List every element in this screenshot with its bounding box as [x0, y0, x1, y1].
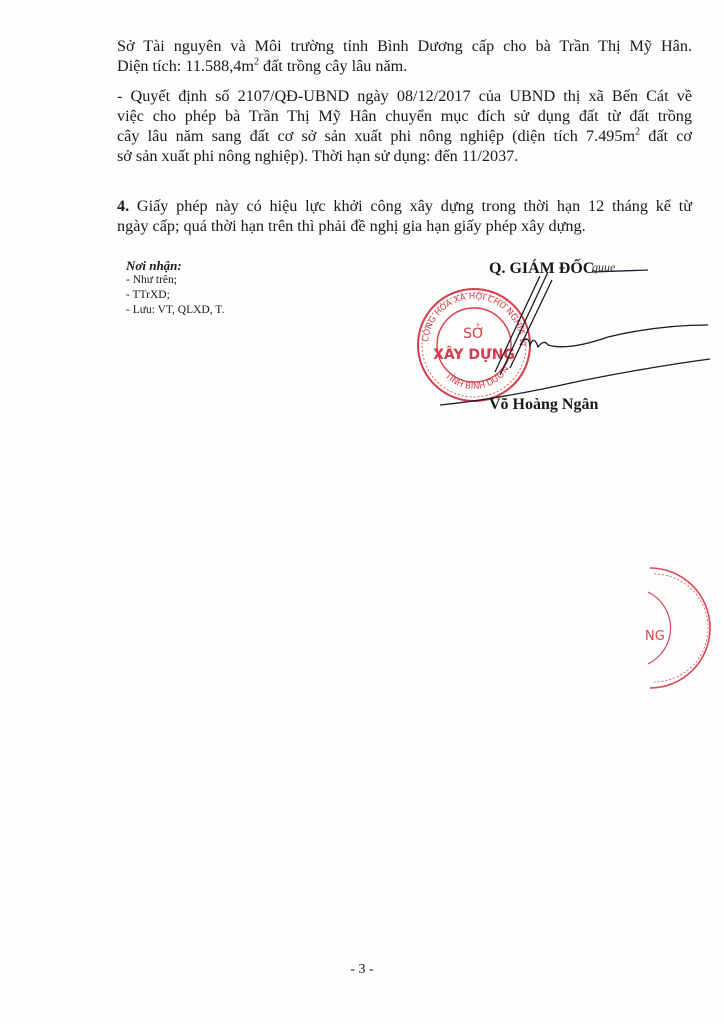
- document-page: Sở Tài nguyên và Môi trường tỉnh Bình Dư…: [0, 0, 724, 1024]
- stamp-and-signature-graphics: CỘNG HÒA XÃ HỘI CHỦ NGHĨA VIỆT NAM TỈNH …: [0, 0, 724, 1024]
- signature-scribble: quue: [592, 260, 615, 275]
- page-number: - 3 -: [0, 962, 724, 978]
- signer-name: Võ Hoàng Ngân: [489, 396, 598, 414]
- stamp-center-top: SỞ: [463, 323, 485, 342]
- partial-edge-stamp: NG: [645, 568, 710, 688]
- svg-text:CỘNG HÒA XÃ HỘI CHỦ NGHĨA VIỆT: CỘNG HÒA XÃ HỘI CHỦ NGHĨA VIỆT NAM: [0, 0, 527, 346]
- stamp-ring-bottom: TỈNH BÌNH DƯƠNG: [0, 0, 512, 392]
- svg-text:TỈNH BÌNH DƯƠNG: TỈNH BÌNH DƯƠNG: [0, 0, 512, 392]
- signature-title: Q. GIÁM ĐỐC: [489, 260, 594, 278]
- stamp-ring-text: CỘNG HÒA XÃ HỘI CHỦ NGHĨA VIỆT NAM: [0, 0, 527, 346]
- official-stamp: CỘNG HÒA XÃ HỘI CHỦ NGHĨA VIỆT NAM TỈNH …: [0, 0, 530, 401]
- edge-stamp-center: NG: [645, 629, 665, 644]
